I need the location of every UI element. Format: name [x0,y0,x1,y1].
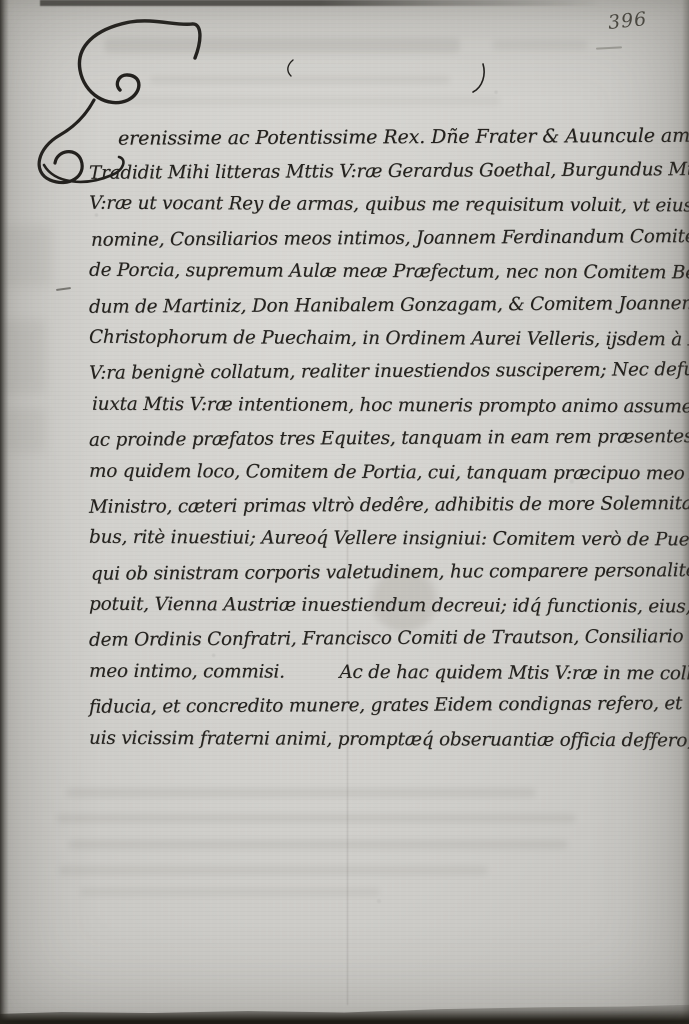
manuscript-line: V:ra benignè collatum, realiter inuestie… [89,360,664,397]
bleedthrough-text-line [80,888,380,896]
manuscript-line: Christophorum de Puechaim, in Ordinem Au… [89,327,664,363]
manuscript-line: dum de Martiniz, Don Hanibalem Gonzagam,… [89,293,664,330]
salutation-line: erenissime ac Potentissime Rex. Dñe Frat… [118,124,689,149]
bleedthrough-text-line [66,788,536,797]
manuscript-line: mo quidem loco, Comitem de Portia, cui, … [89,460,664,496]
manuscript-line: dem Ordinis Confratri, Francisco Comiti … [89,627,664,664]
page-edge-binding [0,0,9,1024]
manuscript-line: bus, ritè inuestiui; Aureoq́ Vellere ins… [89,527,664,563]
manuscript-line: ac proinde præfatos tres Equites, tanqua… [89,426,664,463]
manuscript-line: meo intimo, commisi. Ac de hac quidem Mt… [89,661,664,697]
margin-ink-mark [56,287,71,291]
folio-underline-mark [596,46,622,49]
manuscript-line: qui ob sinistram corporis valetudinem, h… [89,560,664,597]
manuscript-line: iuxta Mtis V:ræ intentionem, hoc muneris… [89,393,664,429]
manuscript-line: fiducia, et concredito munere, grates Ei… [89,693,664,730]
manuscript-line: uis vicissim fraterni animi, promptæq́ o… [89,727,664,763]
manuscript-page-scan: 396 erenissime ac Potentissime Rex. Dñe … [0,0,689,1024]
bleedthrough-text-line [56,814,576,823]
bleedthrough-margin-blot [6,408,46,452]
manuscript-line: de Porcia, supremum Aulæ meæ Præfectum, … [89,260,664,296]
ink-flourish-mark [470,62,488,94]
bleedthrough-text-line [58,866,488,875]
manuscript-line: Tradidit Mihi litteras Mttis V:ræ Gerard… [89,159,664,196]
manuscript-line: potuit, Vienna Austriæ inuestiendum decr… [89,594,664,630]
page-edge-top [40,0,600,6]
page-edge-bottom [0,1000,689,1024]
folio-number: 396 [607,8,648,34]
letter-body: Tradidit Mihi litteras Mttis V:ræ Gerard… [89,161,664,762]
manuscript-line: V:ræ ut vocant Rey de armas, quibus me r… [89,193,664,229]
bleedthrough-text-line [68,840,568,849]
bleedthrough-margin-blot [2,320,46,394]
bleedthrough-margin-blot [4,225,52,287]
ink-flourish-mark [282,58,296,78]
manuscript-line: nomine, Consiliarios meos intimos, Joann… [89,226,664,263]
bleedthrough-title-line [492,40,588,50]
manuscript-line: Ministro, cæteri primas vltrò dedêre, ad… [89,493,664,530]
